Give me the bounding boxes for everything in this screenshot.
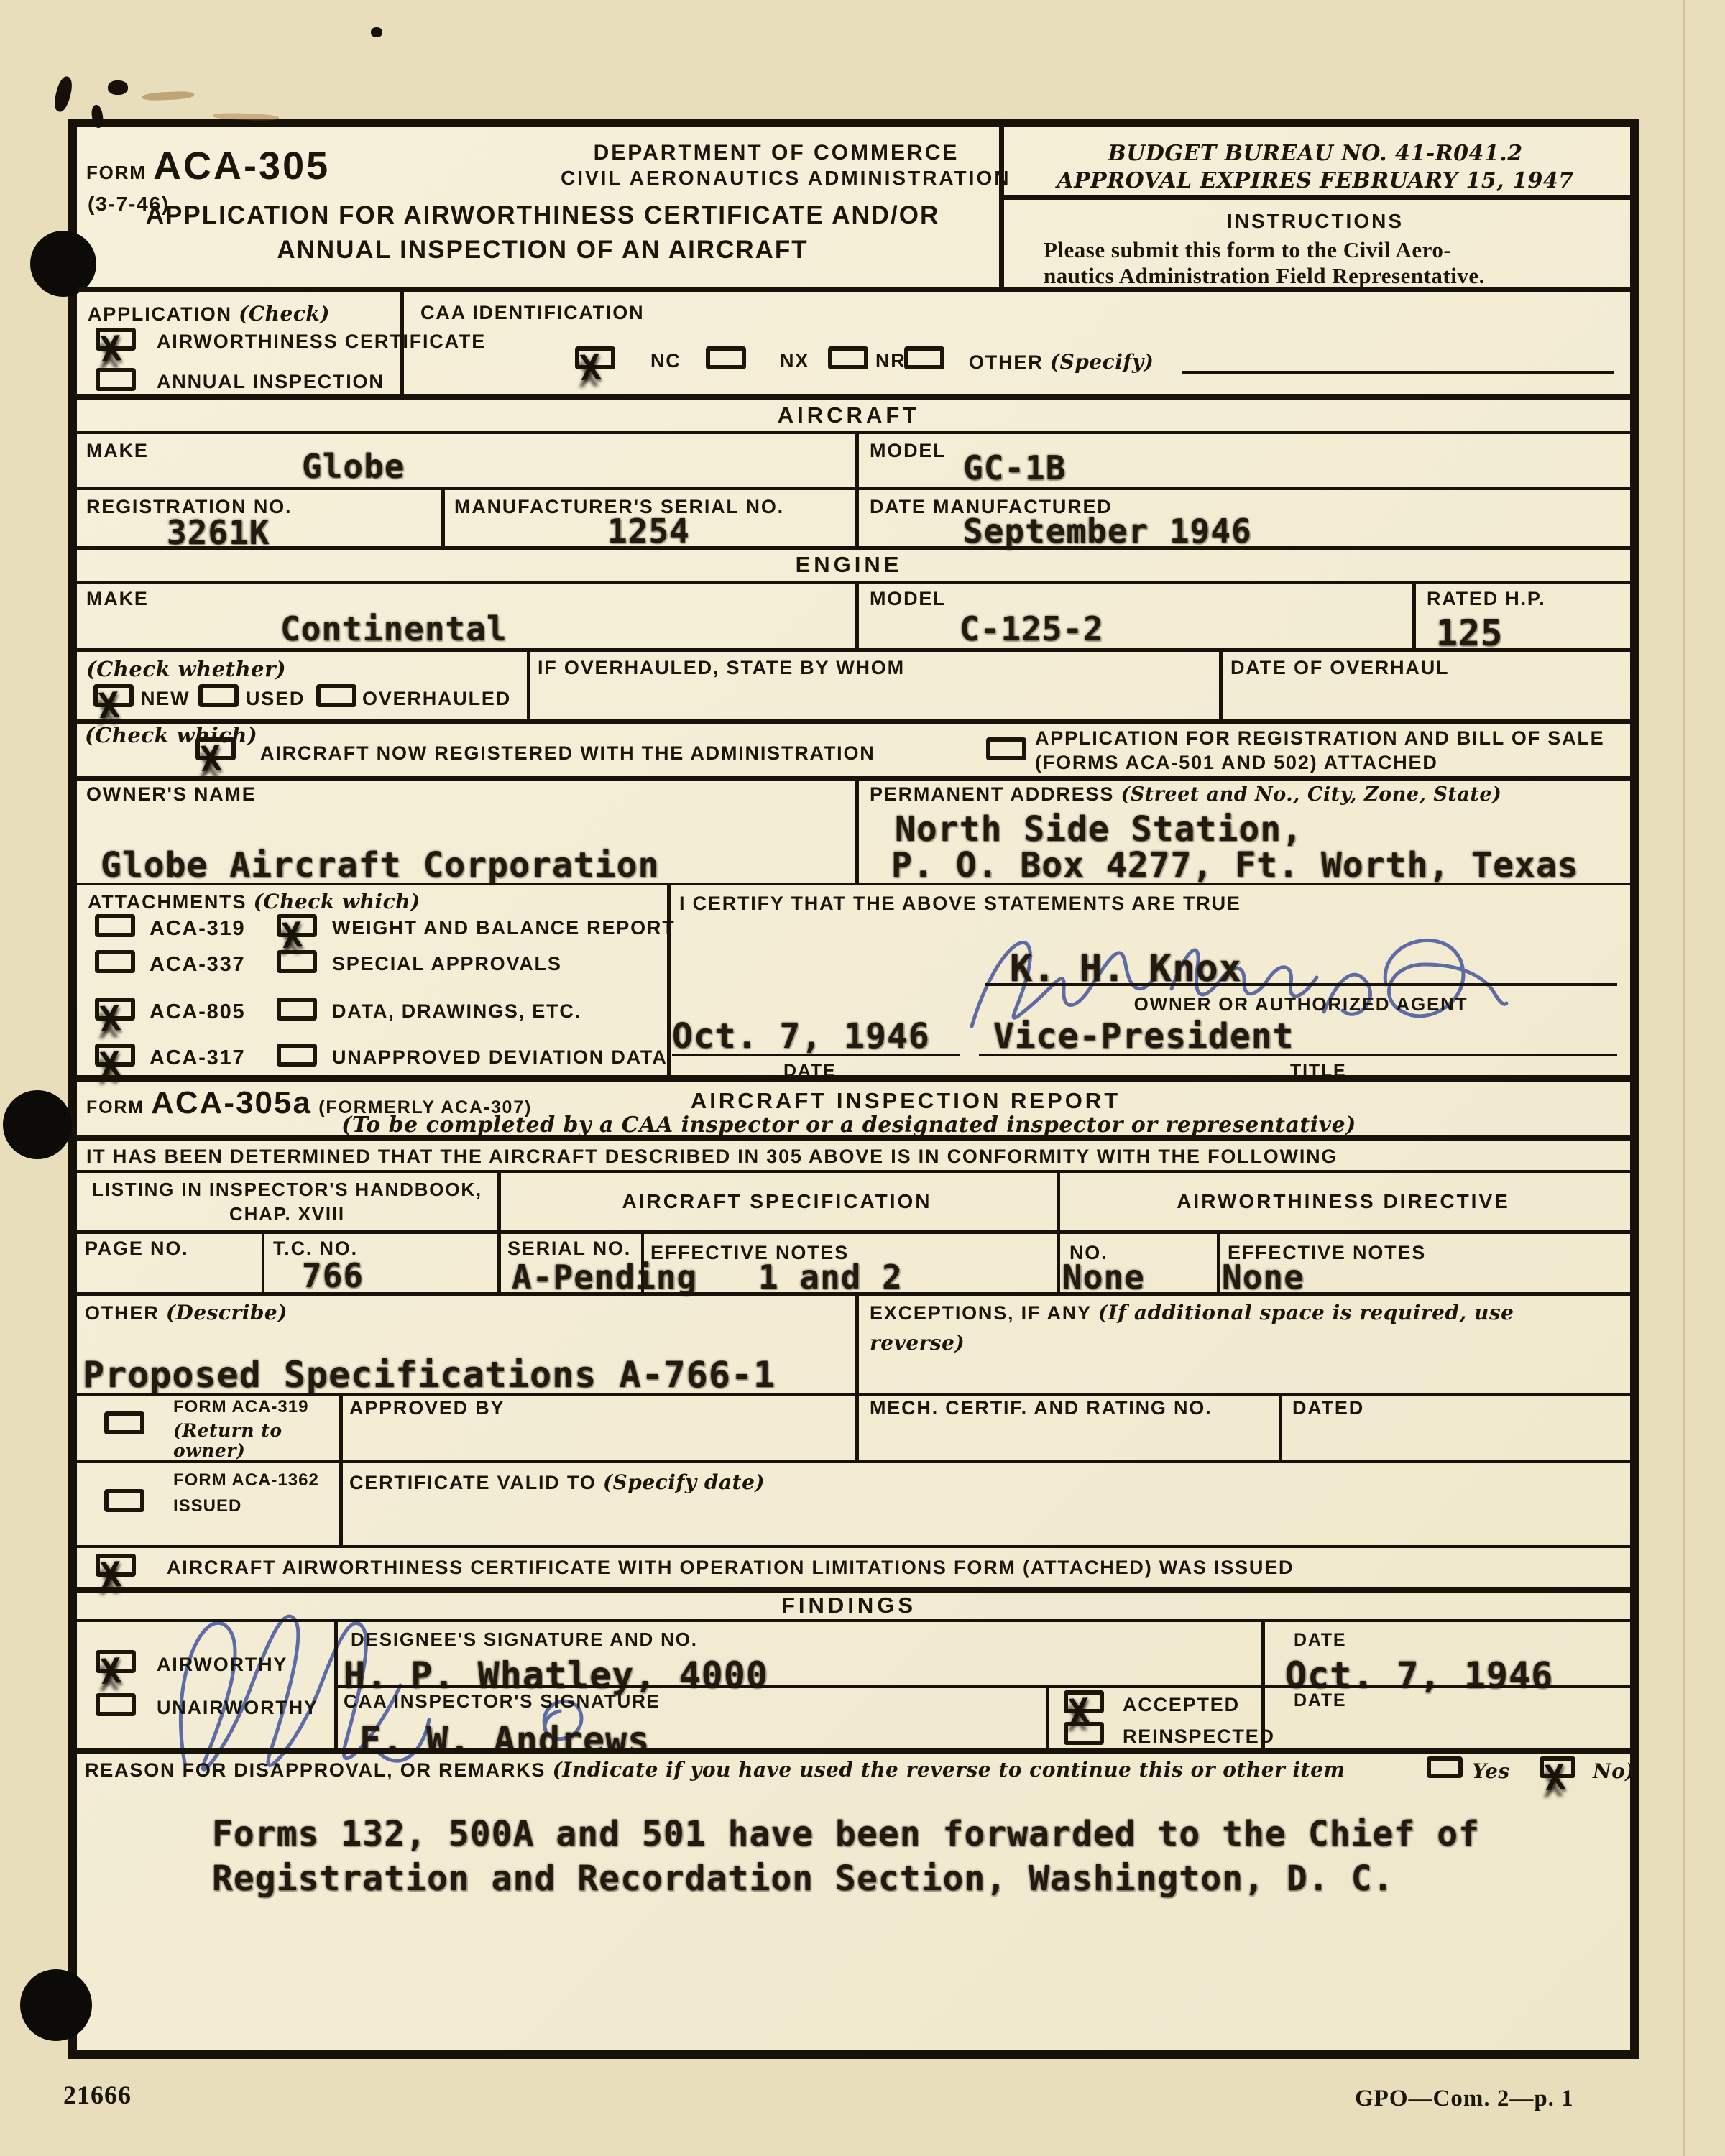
- date-manufactured-value: September 1946: [963, 512, 1252, 550]
- other-describe-value: Proposed Specifications A-766-1: [83, 1354, 776, 1396]
- aircraft-make-label: MAKE: [86, 440, 149, 462]
- findings-date-label: DATE: [1294, 1630, 1346, 1651]
- attachment-special-approvals: SPECIAL APPROVALS: [332, 953, 562, 975]
- remarks-label: REASON FOR DISAPPROVAL, OR REMARKS (Indi…: [85, 1758, 1345, 1782]
- rule: [334, 1619, 338, 1750]
- caa-inspector-signature-typed: F. W. Andrews: [359, 1719, 650, 1761]
- checkbox-form-aca-1362[interactable]: [104, 1489, 144, 1512]
- form-title-line2: ANNUAL INSPECTION OF AN AIRCRAFT: [115, 236, 970, 264]
- spec-serial-label: SERIAL NO.: [507, 1238, 631, 1260]
- aircraft-section-title: AIRCRAFT: [77, 402, 1621, 428]
- option-nr: NR: [875, 350, 906, 372]
- rule: [1412, 581, 1416, 650]
- attachment-aca-317: ACA-317: [149, 1046, 245, 1070]
- rule: [334, 1685, 1630, 1688]
- rule: [999, 119, 1004, 290]
- date-line[interactable]: [672, 1054, 960, 1056]
- rule: [77, 1587, 1630, 1593]
- checkbox-form-aca-319[interactable]: [104, 1411, 144, 1434]
- checkbox-new[interactable]: [93, 684, 134, 707]
- option-reinspected: REINSPECTED: [1123, 1726, 1275, 1748]
- option-airworthiness-certificate: AIRWORTHINESS CERTIFICATE: [157, 331, 486, 353]
- option-annual-inspection: ANNUAL INSPECTION: [157, 371, 385, 393]
- form-word: FORM: [86, 162, 147, 183]
- other-specify-field[interactable]: [1182, 371, 1614, 374]
- engine-section-title: ENGINE: [77, 552, 1621, 578]
- attachments-label: ATTACHMENTS (Check which): [88, 890, 420, 913]
- certificate-valid-label: CERTIFICATE VALID TO (Specify date): [349, 1470, 765, 1494]
- rule: [77, 581, 1630, 584]
- punch-hole: [3, 1090, 72, 1159]
- signature-line[interactable]: [985, 983, 1617, 986]
- checkbox-aca-337[interactable]: [95, 950, 135, 973]
- certificate-issued-label: AIRCRAFT AIRWORTHINESS CERTIFICATE WITH …: [167, 1557, 1294, 1579]
- rule: [855, 487, 859, 549]
- rule: [527, 648, 530, 720]
- instructions-line2: nautics Administration Field Representat…: [1044, 263, 1485, 289]
- other-describe-label: OTHER (Describe): [85, 1301, 287, 1325]
- attachment-aca-805: ACA-805: [149, 1000, 245, 1024]
- rule: [77, 883, 1630, 885]
- aircraft-model-value: GC-1B: [963, 448, 1066, 487]
- rule: [77, 1135, 1630, 1141]
- rule: [1219, 648, 1223, 720]
- rule: [77, 1460, 1630, 1463]
- checkbox-accepted[interactable]: [1064, 1690, 1104, 1713]
- option-unairworthy: UNAIRWORTHY: [157, 1697, 318, 1719]
- instructions-title: INSTRUCTIONS: [1013, 210, 1617, 233]
- rule: [1261, 1619, 1265, 1750]
- date-of-overhaul-label: DATE OF OVERHAUL: [1230, 657, 1449, 679]
- instructions-line1: Please submit this form to the Civil Aer…: [1044, 237, 1451, 263]
- option-overhauled: OVERHAULED: [362, 688, 511, 710]
- directive-header: AIRWORTHINESS DIRECTIVE: [1057, 1190, 1630, 1213]
- rule: [497, 1170, 501, 1294]
- budget-line2: APPROVAL EXPIRES FEBRUARY 15, 1947: [1013, 168, 1617, 193]
- dept-line1: DEPARTMENT OF COMMERCE: [561, 141, 992, 165]
- checkbox-reinspected[interactable]: [1064, 1722, 1104, 1745]
- checkbox-overhauled[interactable]: [316, 684, 356, 707]
- rule: [77, 776, 1630, 781]
- rule: [77, 1748, 1630, 1754]
- report-subtitle: (To be completed by a CAA inspector or a…: [77, 1112, 1621, 1138]
- attachment-weight-balance: WEIGHT AND BALANCE REPORT: [332, 917, 676, 939]
- rule: [262, 1230, 264, 1294]
- rule: [855, 1292, 859, 1394]
- form-aca-319-label: FORM ACA-319: [173, 1397, 308, 1417]
- option-other: OTHER (Specify): [969, 350, 1154, 374]
- checkbox-nc[interactable]: [575, 346, 615, 369]
- address-line2: P. O. Box 4277, Ft. Worth, Texas: [891, 845, 1579, 885]
- rule: [77, 287, 1630, 292]
- option-nx: NX: [780, 350, 809, 372]
- engine-model-value: C-125-2: [960, 609, 1104, 648]
- option-used: USED: [246, 688, 305, 710]
- rule: [77, 546, 1630, 550]
- owner-agent-label: OWNER OR AUTHORIZED AGENT: [1042, 993, 1560, 1015]
- checkbox-special-approvals[interactable]: [277, 950, 317, 973]
- title-line[interactable]: [979, 1054, 1617, 1056]
- rule: [441, 487, 445, 549]
- certify-title-value: Vice-President: [993, 1016, 1294, 1056]
- rated-hp-label: RATED H.P.: [1427, 588, 1546, 610]
- report-title: AIRCRAFT INSPECTION REPORT: [474, 1088, 1337, 1114]
- address-line1: North Side Station,: [895, 809, 1303, 849]
- footer-print-code: 21666: [63, 2080, 132, 2110]
- effective-notes-value: 1 and 2: [758, 1258, 903, 1296]
- option-yes: Yes: [1472, 1759, 1510, 1783]
- rule: [77, 1619, 1630, 1622]
- option-accepted: ACCEPTED: [1123, 1694, 1240, 1716]
- engine-make-label: MAKE: [86, 588, 149, 610]
- listing-header-line1: LISTING IN INSPECTOR'S HANDBOOK,: [77, 1179, 497, 1201]
- rule: [77, 1230, 1630, 1234]
- permanent-address-label: PERMANENT ADDRESS (Street and No., City,…: [870, 783, 1501, 806]
- serial-value: 1254: [607, 512, 690, 550]
- rule: [77, 431, 1630, 434]
- checkbox-unapproved-deviation[interactable]: [277, 1044, 317, 1067]
- form-title-line1: APPLICATION FOR AIRWORTHINESS CERTIFICAT…: [115, 201, 970, 230]
- directive-no-value: None: [1062, 1258, 1145, 1296]
- rule: [855, 1393, 859, 1462]
- page-no-label: PAGE NO.: [85, 1238, 188, 1260]
- attachment-data-drawings: DATA, DRAWINGS, ETC.: [332, 1000, 581, 1023]
- option-nc: NC: [650, 350, 681, 372]
- option-new: NEW: [141, 688, 190, 710]
- rule: [1217, 1230, 1220, 1294]
- ink-mark: [371, 27, 382, 37]
- findings-date2-label: DATE: [1294, 1690, 1346, 1711]
- footer-gpo: GPO—Com. 2—p. 1: [1355, 2086, 1574, 2112]
- rule: [339, 1393, 343, 1547]
- checkbox-airworthiness-certificate[interactable]: [96, 328, 136, 351]
- dated-label: DATED: [1292, 1397, 1364, 1419]
- scan-crease: [1683, 0, 1685, 2156]
- tc-no-value: 766: [302, 1256, 364, 1295]
- checkbox-aca-805[interactable]: [95, 998, 135, 1021]
- budget-line1: BUDGET BUREAU NO. 41-R041.2: [1013, 141, 1617, 166]
- caa-identification-label: CAA IDENTIFICATION: [420, 302, 644, 324]
- checkbox-no[interactable]: [1540, 1756, 1575, 1778]
- listing-header-line2: CHAP. XVIII: [77, 1203, 497, 1225]
- attachment-unapproved-deviation: UNAPPROVED DEVIATION DATA: [332, 1046, 668, 1069]
- determination-statement: IT HAS BEEN DETERMINED THAT THE AIRCRAFT…: [86, 1146, 1338, 1168]
- engine-model-label: MODEL: [870, 588, 947, 610]
- form-aca-1362-issued: ISSUED: [173, 1496, 241, 1516]
- rule: [855, 581, 859, 650]
- rule: [1279, 1393, 1282, 1462]
- punch-hole: [20, 1969, 92, 2041]
- remarks-line1: Forms 132, 500A and 501 have been forwar…: [212, 1814, 1480, 1854]
- rule: [77, 1393, 1630, 1396]
- aircraft-make-value: Globe: [302, 447, 405, 486]
- rule: [855, 776, 859, 884]
- spec-header: AIRCRAFT SPECIFICATION: [497, 1190, 1057, 1213]
- checkbox-other[interactable]: [904, 346, 944, 369]
- certify-date-value: Oct. 7, 1946: [672, 1016, 930, 1056]
- exceptions-label-line2: reverse): [870, 1331, 965, 1355]
- option-no: No): [1593, 1759, 1635, 1783]
- checkbox-bill-of-sale[interactable]: [986, 737, 1026, 760]
- form-number: ACA-305: [153, 144, 330, 188]
- rule: [1046, 1685, 1049, 1750]
- rule: [641, 1230, 644, 1294]
- stain-mark: [142, 91, 194, 101]
- rule: [77, 394, 1630, 400]
- attachment-aca-319: ACA-319: [149, 917, 245, 941]
- rule: [77, 648, 1630, 652]
- checkbox-certificate-issued[interactable]: [96, 1554, 136, 1577]
- owner-name-label: OWNER'S NAME: [86, 783, 257, 806]
- remarks-line2: Registration and Recordation Section, Wa…: [212, 1858, 1394, 1899]
- checkbox-nr[interactable]: [828, 346, 868, 369]
- aircraft-model-label: MODEL: [870, 440, 947, 462]
- mech-certif-label: MECH. CERTIF. AND RATING NO.: [870, 1397, 1212, 1419]
- bill-of-sale-line2: (FORMS ACA-501 AND 502) ATTACHED: [1035, 752, 1438, 774]
- checkbox-aca-319[interactable]: [95, 914, 135, 937]
- rule: [77, 719, 1630, 724]
- form-aca-319-note2: owner): [173, 1440, 245, 1461]
- check-whether-note: (Check whether): [86, 657, 286, 681]
- application-label: APPLICATION (Check): [88, 302, 330, 326]
- checkbox-used[interactable]: [198, 684, 239, 707]
- rule: [400, 290, 404, 394]
- checkbox-annual-inspection[interactable]: [96, 368, 136, 391]
- rule: [667, 883, 671, 1077]
- rule: [1057, 1170, 1060, 1294]
- approved-by-label: APPROVED BY: [349, 1397, 505, 1419]
- form-number-block: FORM ACA-305: [86, 144, 330, 188]
- bill-of-sale-line1: APPLICATION FOR REGISTRATION AND BILL OF…: [1035, 727, 1605, 750]
- ink-mark: [108, 80, 128, 95]
- rule: [77, 1170, 1630, 1173]
- form-aca-319-note1: (Return to: [173, 1420, 282, 1441]
- overhauled-by-whom-label: IF OVERHAULED, STATE BY WHOM: [538, 657, 905, 679]
- rule: [855, 431, 859, 490]
- designee-signature-label: DESIGNEE'S SIGNATURE AND NO.: [351, 1628, 698, 1651]
- option-airworthy: AIRWORTHY: [157, 1654, 287, 1676]
- directive-notes-value: None: [1222, 1258, 1305, 1296]
- caa-inspector-signature-label: CAA INSPECTOR'S SIGNATURE: [344, 1690, 661, 1713]
- owner-name-value: Globe Aircraft Corporation: [101, 845, 659, 885]
- attachment-aca-337: ACA-337: [149, 953, 245, 977]
- rule: [77, 1545, 1630, 1548]
- checkbox-data-drawings[interactable]: [277, 998, 317, 1021]
- form-aca-1362-label: FORM ACA-1362: [173, 1470, 319, 1491]
- checkbox-aca-317[interactable]: [95, 1044, 135, 1067]
- scanned-form-page: FORM ACA-305 (3-7-46) DEPARTMENT OF COMM…: [0, 0, 1725, 2156]
- rule: [77, 1292, 1630, 1296]
- checkbox-weight-balance[interactable]: [277, 914, 317, 937]
- ink-mark: [52, 75, 75, 113]
- checkbox-airworthy[interactable]: [96, 1650, 136, 1673]
- checkbox-unairworthy[interactable]: [96, 1693, 136, 1716]
- checkbox-yes[interactable]: [1427, 1756, 1463, 1778]
- exceptions-label: EXCEPTIONS, IF ANY (If additional space …: [870, 1301, 1514, 1325]
- dept-line2: CIVIL AERONAUTICS ADMINISTRATION: [561, 167, 992, 190]
- checkbox-nx[interactable]: [706, 346, 746, 369]
- checkbox-aircraft-registered[interactable]: [195, 737, 236, 760]
- engine-make-value: Continental: [280, 609, 507, 648]
- aircraft-registered-label: AIRCRAFT NOW REGISTERED WITH THE ADMINIS…: [260, 742, 875, 765]
- rule: [999, 195, 1630, 200]
- rule: [77, 1075, 1630, 1082]
- rule: [77, 487, 1630, 490]
